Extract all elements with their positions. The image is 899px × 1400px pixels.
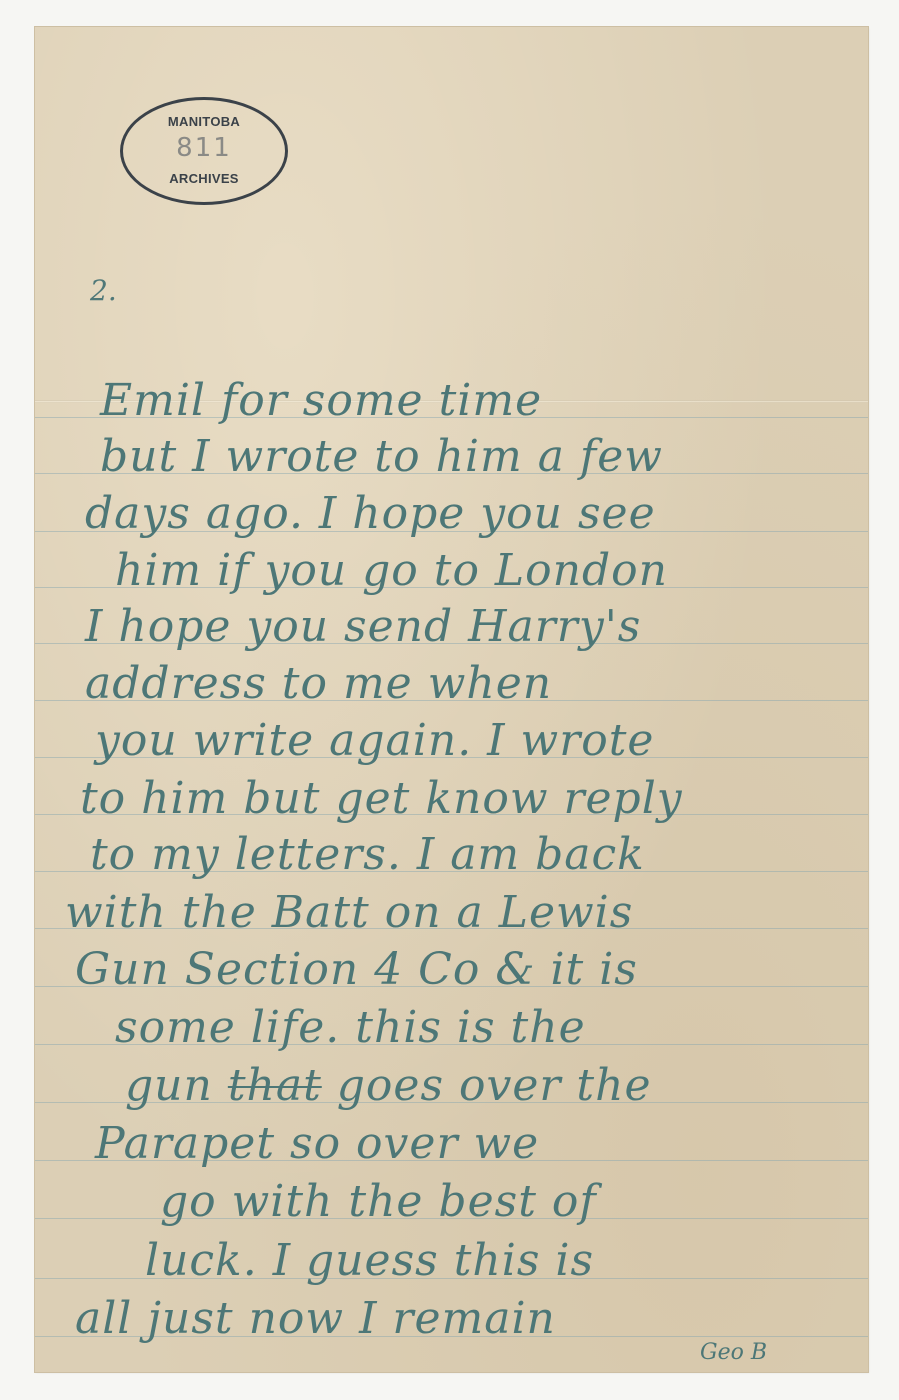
handwritten-line: you write again. I wrote (95, 719, 654, 763)
stamp-bottom-text: ARCHIVES (123, 171, 285, 186)
handwritten-line: all just now I remain (75, 1297, 556, 1341)
stamp-number: 811 (123, 133, 285, 163)
signature: Geo B (700, 1340, 767, 1365)
handwritten-line: to my letters. I am back (90, 833, 645, 877)
page-number: 2. (90, 274, 117, 307)
handwritten-line: address to me when (85, 662, 552, 706)
struck-line-text: gun that goes over the (125, 1060, 651, 1111)
archive-stamp: MANITOBA 811 ARCHIVES (120, 97, 288, 205)
letter-page: MANITOBA 811 ARCHIVES 2. Emil for some t… (35, 27, 868, 1372)
handwritten-line: gun that goes over the (125, 1064, 651, 1108)
handwritten-line: some life. this is the (115, 1006, 586, 1050)
handwritten-line: days ago. I hope you see (85, 492, 656, 536)
handwritten-line: with the Batt on a Lewis (65, 891, 633, 935)
handwritten-line: him if you go to London (115, 549, 668, 593)
handwritten-line: Gun Section 4 Co & it is (75, 948, 638, 992)
stamp-top-text: MANITOBA (123, 114, 285, 129)
handwritten-line: I hope you send Harry's (85, 605, 641, 649)
handwritten-line: Parapet so over we (95, 1122, 539, 1166)
handwritten-line: go with the best of (160, 1180, 597, 1224)
handwritten-line: luck. I guess this is (145, 1239, 594, 1283)
handwritten-line: to him but get know reply (80, 777, 683, 821)
handwritten-line: but I wrote to him a few (100, 435, 663, 479)
struck-word: that (228, 1060, 322, 1111)
handwritten-line: Emil for some time (100, 379, 542, 423)
